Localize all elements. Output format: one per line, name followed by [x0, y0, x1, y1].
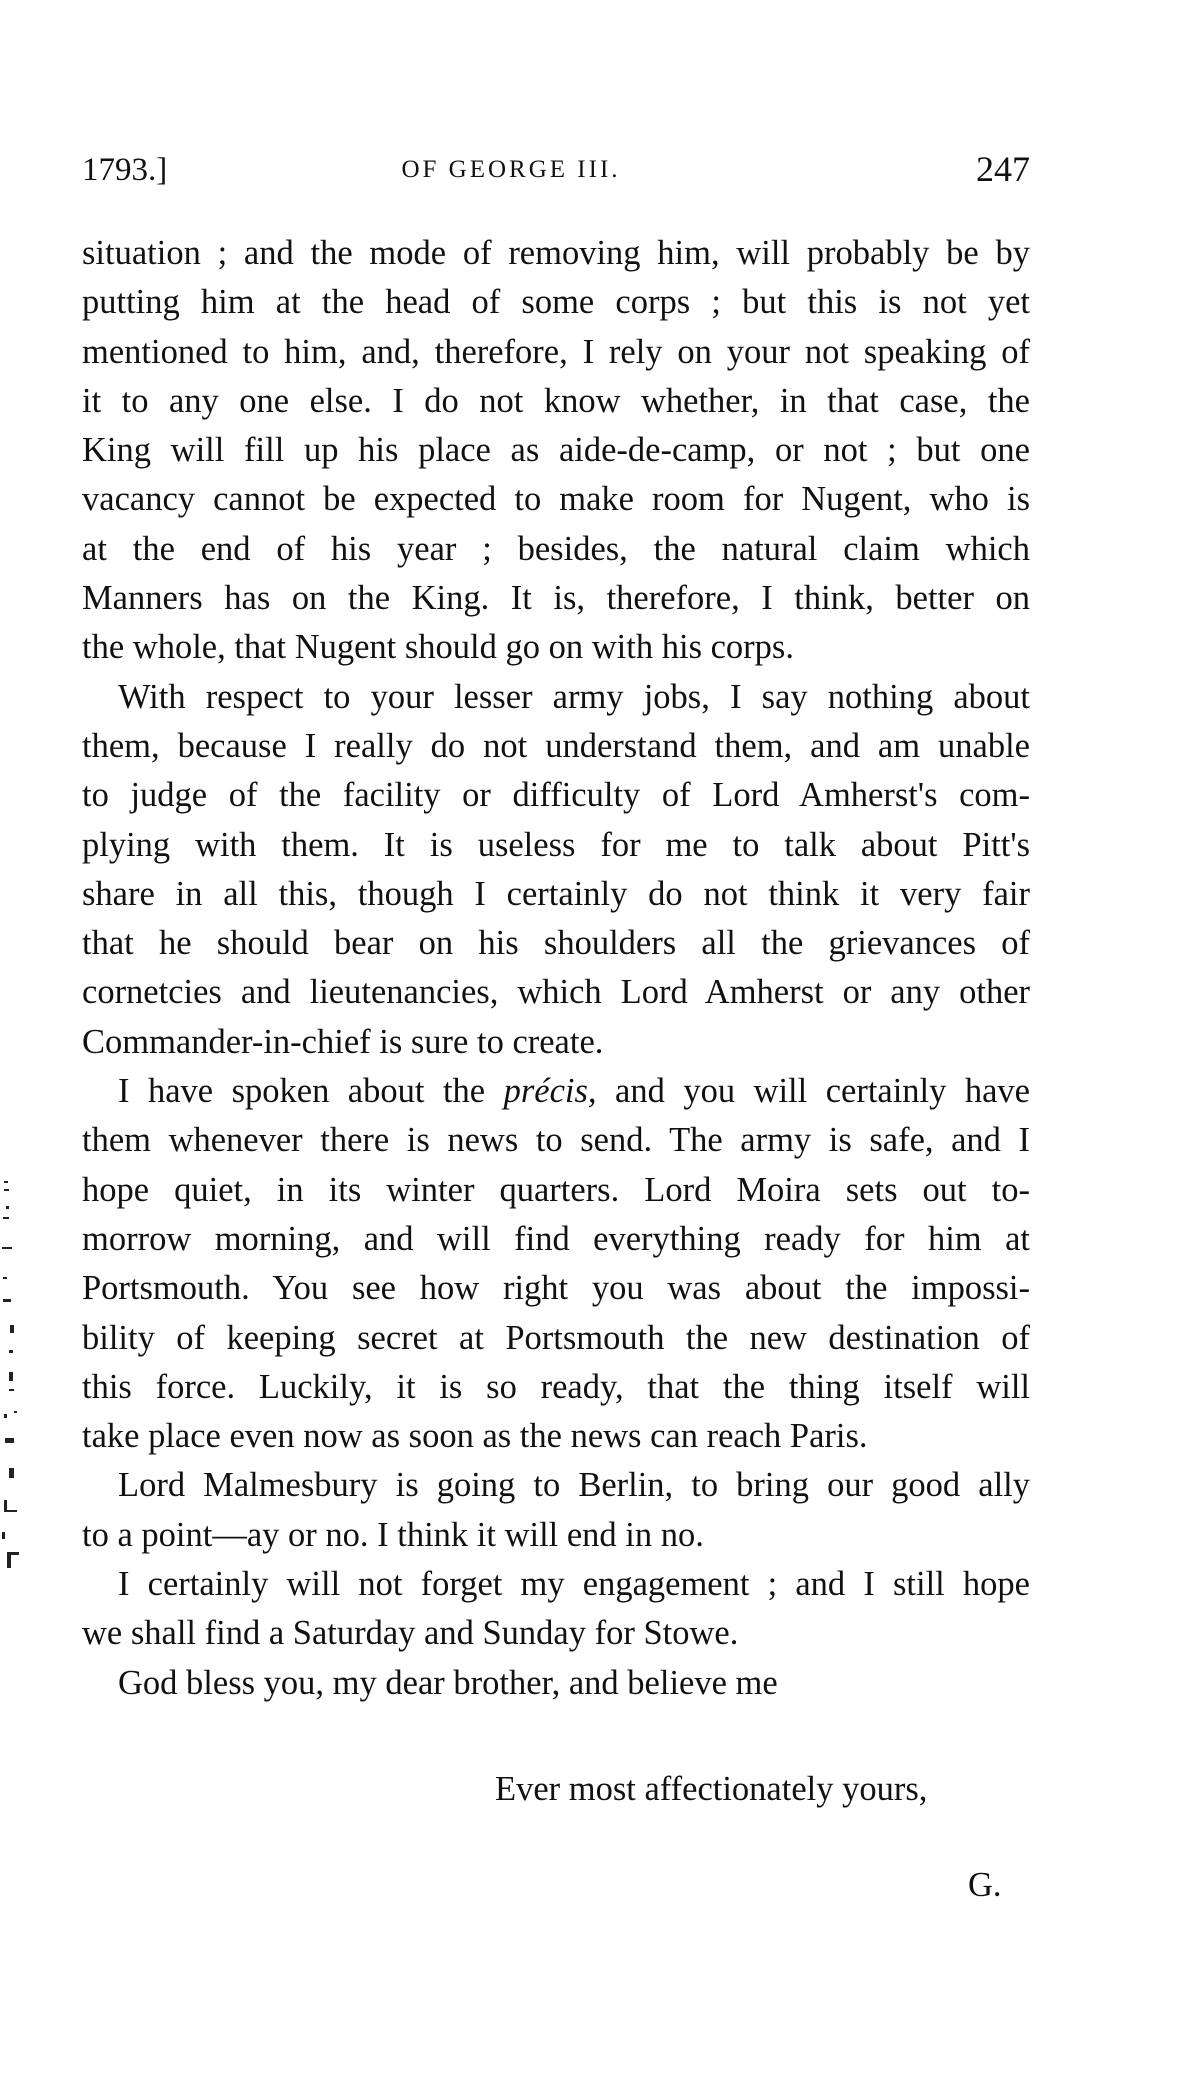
text-line: King will fill up his place as aide-de-c… — [82, 426, 1030, 475]
paragraph-6: God bless you, my dear brother, and beli… — [82, 1659, 1030, 1708]
paragraph-1: situation ; and the mode of removing him… — [82, 229, 1030, 673]
text-line: that he should bear on his shoulders all… — [82, 919, 1030, 968]
text-line: Manners has on the King. It is, therefor… — [82, 574, 1030, 623]
text-line: cornetcies and lieutenancies, which Lord… — [82, 968, 1030, 1017]
scan-mark — [7, 1552, 19, 1555]
paragraph-2: With respect to your lesser army jobs, I… — [82, 673, 1030, 1067]
scan-mark — [9, 1372, 13, 1381]
text-line: it to any one else. I do not know whethe… — [82, 377, 1030, 426]
text-line: Lord Malmesbury is going to Berlin, to b… — [82, 1461, 1030, 1510]
text-line: we shall find a Saturday and Sunday for … — [82, 1609, 1030, 1658]
text-line: morrow morning, and will find everything… — [82, 1215, 1030, 1264]
letter-body: situation ; and the mode of removing him… — [82, 229, 1030, 1708]
text-line: I have spoken about the précis, and you … — [82, 1067, 1030, 1116]
text-line: them whenever there is news to send. The… — [82, 1116, 1030, 1165]
paragraph-3: I have spoken about the précis, and you … — [82, 1067, 1030, 1461]
text-line: putting him at the head of some corps ; … — [82, 278, 1030, 327]
text-line: share in all this, though I certainly do… — [82, 870, 1030, 919]
paragraph-5: I certainly will not forget my engagemen… — [82, 1560, 1030, 1659]
scan-mark — [3, 1277, 7, 1279]
text-line: plying with them. It is useless for me t… — [82, 821, 1030, 870]
scan-mark — [4, 1414, 7, 1418]
text-line: to judge of the facility or difficulty o… — [82, 771, 1030, 820]
text-line: take place even now as soon as the news … — [82, 1412, 1030, 1461]
text-line: at the end of his year ; besides, the na… — [82, 525, 1030, 574]
page-number: 247 — [976, 148, 1030, 190]
scan-mark — [4, 1181, 8, 1183]
scan-mark — [4, 1189, 9, 1191]
scan-mark — [7, 1510, 17, 1512]
text-line: Commander-in-chief is sure to create. — [82, 1018, 1030, 1067]
scan-mark — [2, 1247, 12, 1249]
book-page: 1793.] OF GEORGE III. 247 situation ; an… — [0, 0, 1185, 2080]
text-segment: and you will certainly have — [597, 1072, 1030, 1110]
text-line: I certainly will not forget my engagemen… — [82, 1560, 1030, 1609]
scan-mark — [10, 1325, 14, 1333]
italic-term-precis: précis, — [504, 1072, 597, 1110]
text-line: God bless you, my dear brother, and beli… — [82, 1659, 1030, 1708]
text-segment: I have spoken about the — [118, 1072, 504, 1110]
scan-mark — [5, 1438, 14, 1443]
text-line: situation ; and the mode of removing him… — [82, 229, 1030, 278]
scan-mark — [3, 1299, 11, 1302]
text-line: the whole, that Nugent should go on with… — [82, 623, 1030, 672]
text-line: With respect to your lesser army jobs, I… — [82, 673, 1030, 722]
text-line: Portsmouth. You see how right you was ab… — [82, 1264, 1030, 1313]
letter-closing: Ever most affectionately yours, — [495, 1770, 927, 1809]
scan-mark — [9, 1350, 13, 1353]
text-line: this force. Luckily, it is so ready, tha… — [82, 1363, 1030, 1412]
running-head-title: OF GEORGE III. — [37, 156, 985, 184]
scan-mark — [14, 1411, 17, 1413]
running-head: 1793.] OF GEORGE III. 247 — [82, 152, 1030, 200]
paragraph-4: Lord Malmesbury is going to Berlin, to b… — [82, 1461, 1030, 1560]
text-line: vacancy cannot be expected to make room … — [82, 475, 1030, 524]
text-line: to a point—ay or no. I think it will end… — [82, 1511, 1030, 1560]
scan-mark — [9, 1389, 14, 1391]
scan-mark — [9, 1468, 14, 1478]
letter-signature: G. — [968, 1866, 1002, 1905]
text-line: mentioned to him, and, therefore, I rely… — [82, 328, 1030, 377]
text-line: them, because I really do not understand… — [82, 722, 1030, 771]
scan-mark — [3, 1217, 9, 1219]
scan-mark — [6, 1206, 9, 1209]
text-line: bility of keeping secret at Portsmouth t… — [82, 1314, 1030, 1363]
text-line: hope quiet, in its winter quarters. Lord… — [82, 1166, 1030, 1215]
scan-mark — [2, 1532, 5, 1539]
